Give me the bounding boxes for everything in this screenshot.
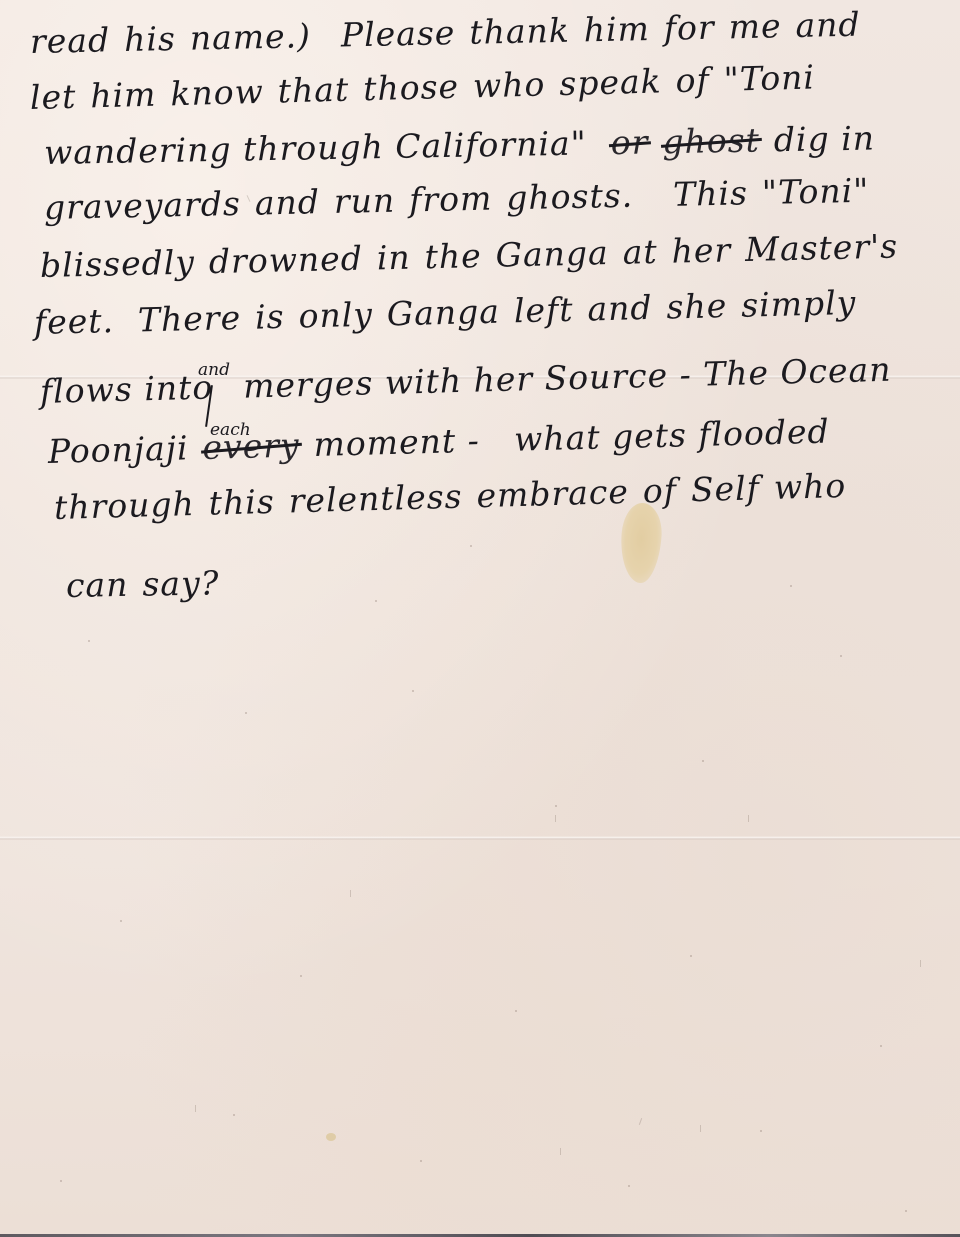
word: and bbox=[795, 5, 861, 45]
word: at bbox=[622, 232, 658, 272]
inserted-word-and: and bbox=[198, 360, 230, 380]
word: "Toni bbox=[723, 57, 815, 98]
text-line-8: Poonjajieverymoment - what gets flooded bbox=[47, 411, 844, 471]
inserted-word-each: each bbox=[210, 420, 251, 440]
word: drowned bbox=[208, 239, 363, 281]
text-line-1: readhisname.)Pleasethankhimformeand bbox=[30, 4, 875, 61]
text-segment: moment - what gets flooded bbox=[313, 412, 830, 464]
word: his bbox=[124, 19, 177, 59]
word: say? bbox=[142, 563, 220, 603]
word: graveyards bbox=[44, 184, 242, 227]
word: the bbox=[424, 236, 482, 276]
word: in bbox=[376, 238, 411, 278]
word: and bbox=[587, 288, 653, 329]
struck-word: or bbox=[610, 122, 648, 162]
word: Ganga bbox=[495, 233, 609, 275]
word: him bbox=[583, 9, 650, 49]
word: only bbox=[298, 295, 373, 336]
word: this bbox=[208, 482, 275, 523]
text-line-2: lethimknowthatthosewhospeakof"Toni bbox=[29, 57, 829, 117]
word: embrace bbox=[476, 472, 629, 515]
word: relentless bbox=[288, 477, 463, 521]
text-line-10: cansay? bbox=[66, 563, 234, 605]
word: Please bbox=[341, 13, 456, 54]
word: can bbox=[66, 565, 129, 605]
text-line-3: wandering through California"orghostdig … bbox=[44, 118, 890, 172]
stain-speck bbox=[326, 1133, 336, 1141]
text-line-6: feet.ThereisonlyGangaleftandshesimply bbox=[34, 283, 871, 342]
word: from bbox=[409, 179, 493, 220]
word: feet. bbox=[34, 301, 115, 342]
word: that bbox=[277, 70, 349, 111]
word: of bbox=[675, 60, 710, 100]
word: me bbox=[728, 6, 782, 46]
struck-word: ghost bbox=[662, 121, 760, 162]
stain-mark bbox=[618, 502, 663, 585]
word: her bbox=[671, 230, 731, 270]
word: speak bbox=[559, 61, 662, 103]
word: let bbox=[29, 77, 76, 117]
word: thank bbox=[469, 11, 570, 52]
word: of bbox=[642, 471, 677, 511]
text-line-7: flows intomerges with her Source - The O… bbox=[39, 349, 905, 411]
text-segment: dig in bbox=[774, 118, 876, 159]
word: through bbox=[53, 484, 195, 527]
text-line-5: blissedlydrownedintheGangaatherMaster's bbox=[40, 226, 913, 285]
text-segment: flows into bbox=[39, 367, 213, 411]
word: This bbox=[673, 173, 749, 214]
word: is bbox=[255, 297, 285, 337]
letter-page: readhisname.)Pleasethankhimformeand leth… bbox=[0, 0, 960, 1237]
word: who bbox=[472, 65, 545, 106]
word: ghosts. bbox=[506, 176, 634, 218]
word: "Toni" bbox=[761, 171, 869, 212]
word: read bbox=[30, 20, 111, 61]
text-segment: Poonjaji bbox=[47, 428, 189, 471]
word: she bbox=[666, 286, 728, 326]
word: him bbox=[90, 75, 157, 116]
word: know bbox=[170, 72, 264, 113]
word: for bbox=[663, 8, 715, 48]
word: name.) bbox=[189, 16, 311, 58]
word: run bbox=[333, 181, 395, 221]
word: Ganga bbox=[386, 292, 500, 334]
word: left bbox=[513, 290, 573, 330]
text-segment: merges with her Source - The Ocean bbox=[243, 350, 892, 406]
word: those bbox=[363, 67, 460, 108]
word: There bbox=[138, 298, 242, 340]
word: blissedly bbox=[40, 242, 196, 285]
fold-line-lower bbox=[0, 836, 960, 840]
text-line-9: throughthisrelentlessembraceofSelfwho bbox=[53, 465, 860, 527]
word: simply bbox=[741, 283, 857, 325]
word: who bbox=[773, 466, 846, 507]
text-line-4: graveyardsandrunfromghosts.This"Toni" bbox=[44, 170, 884, 227]
word: Master's bbox=[745, 227, 899, 269]
text-segment: wandering through California" bbox=[44, 124, 587, 172]
word: and bbox=[254, 182, 320, 222]
word: Self bbox=[690, 468, 760, 509]
